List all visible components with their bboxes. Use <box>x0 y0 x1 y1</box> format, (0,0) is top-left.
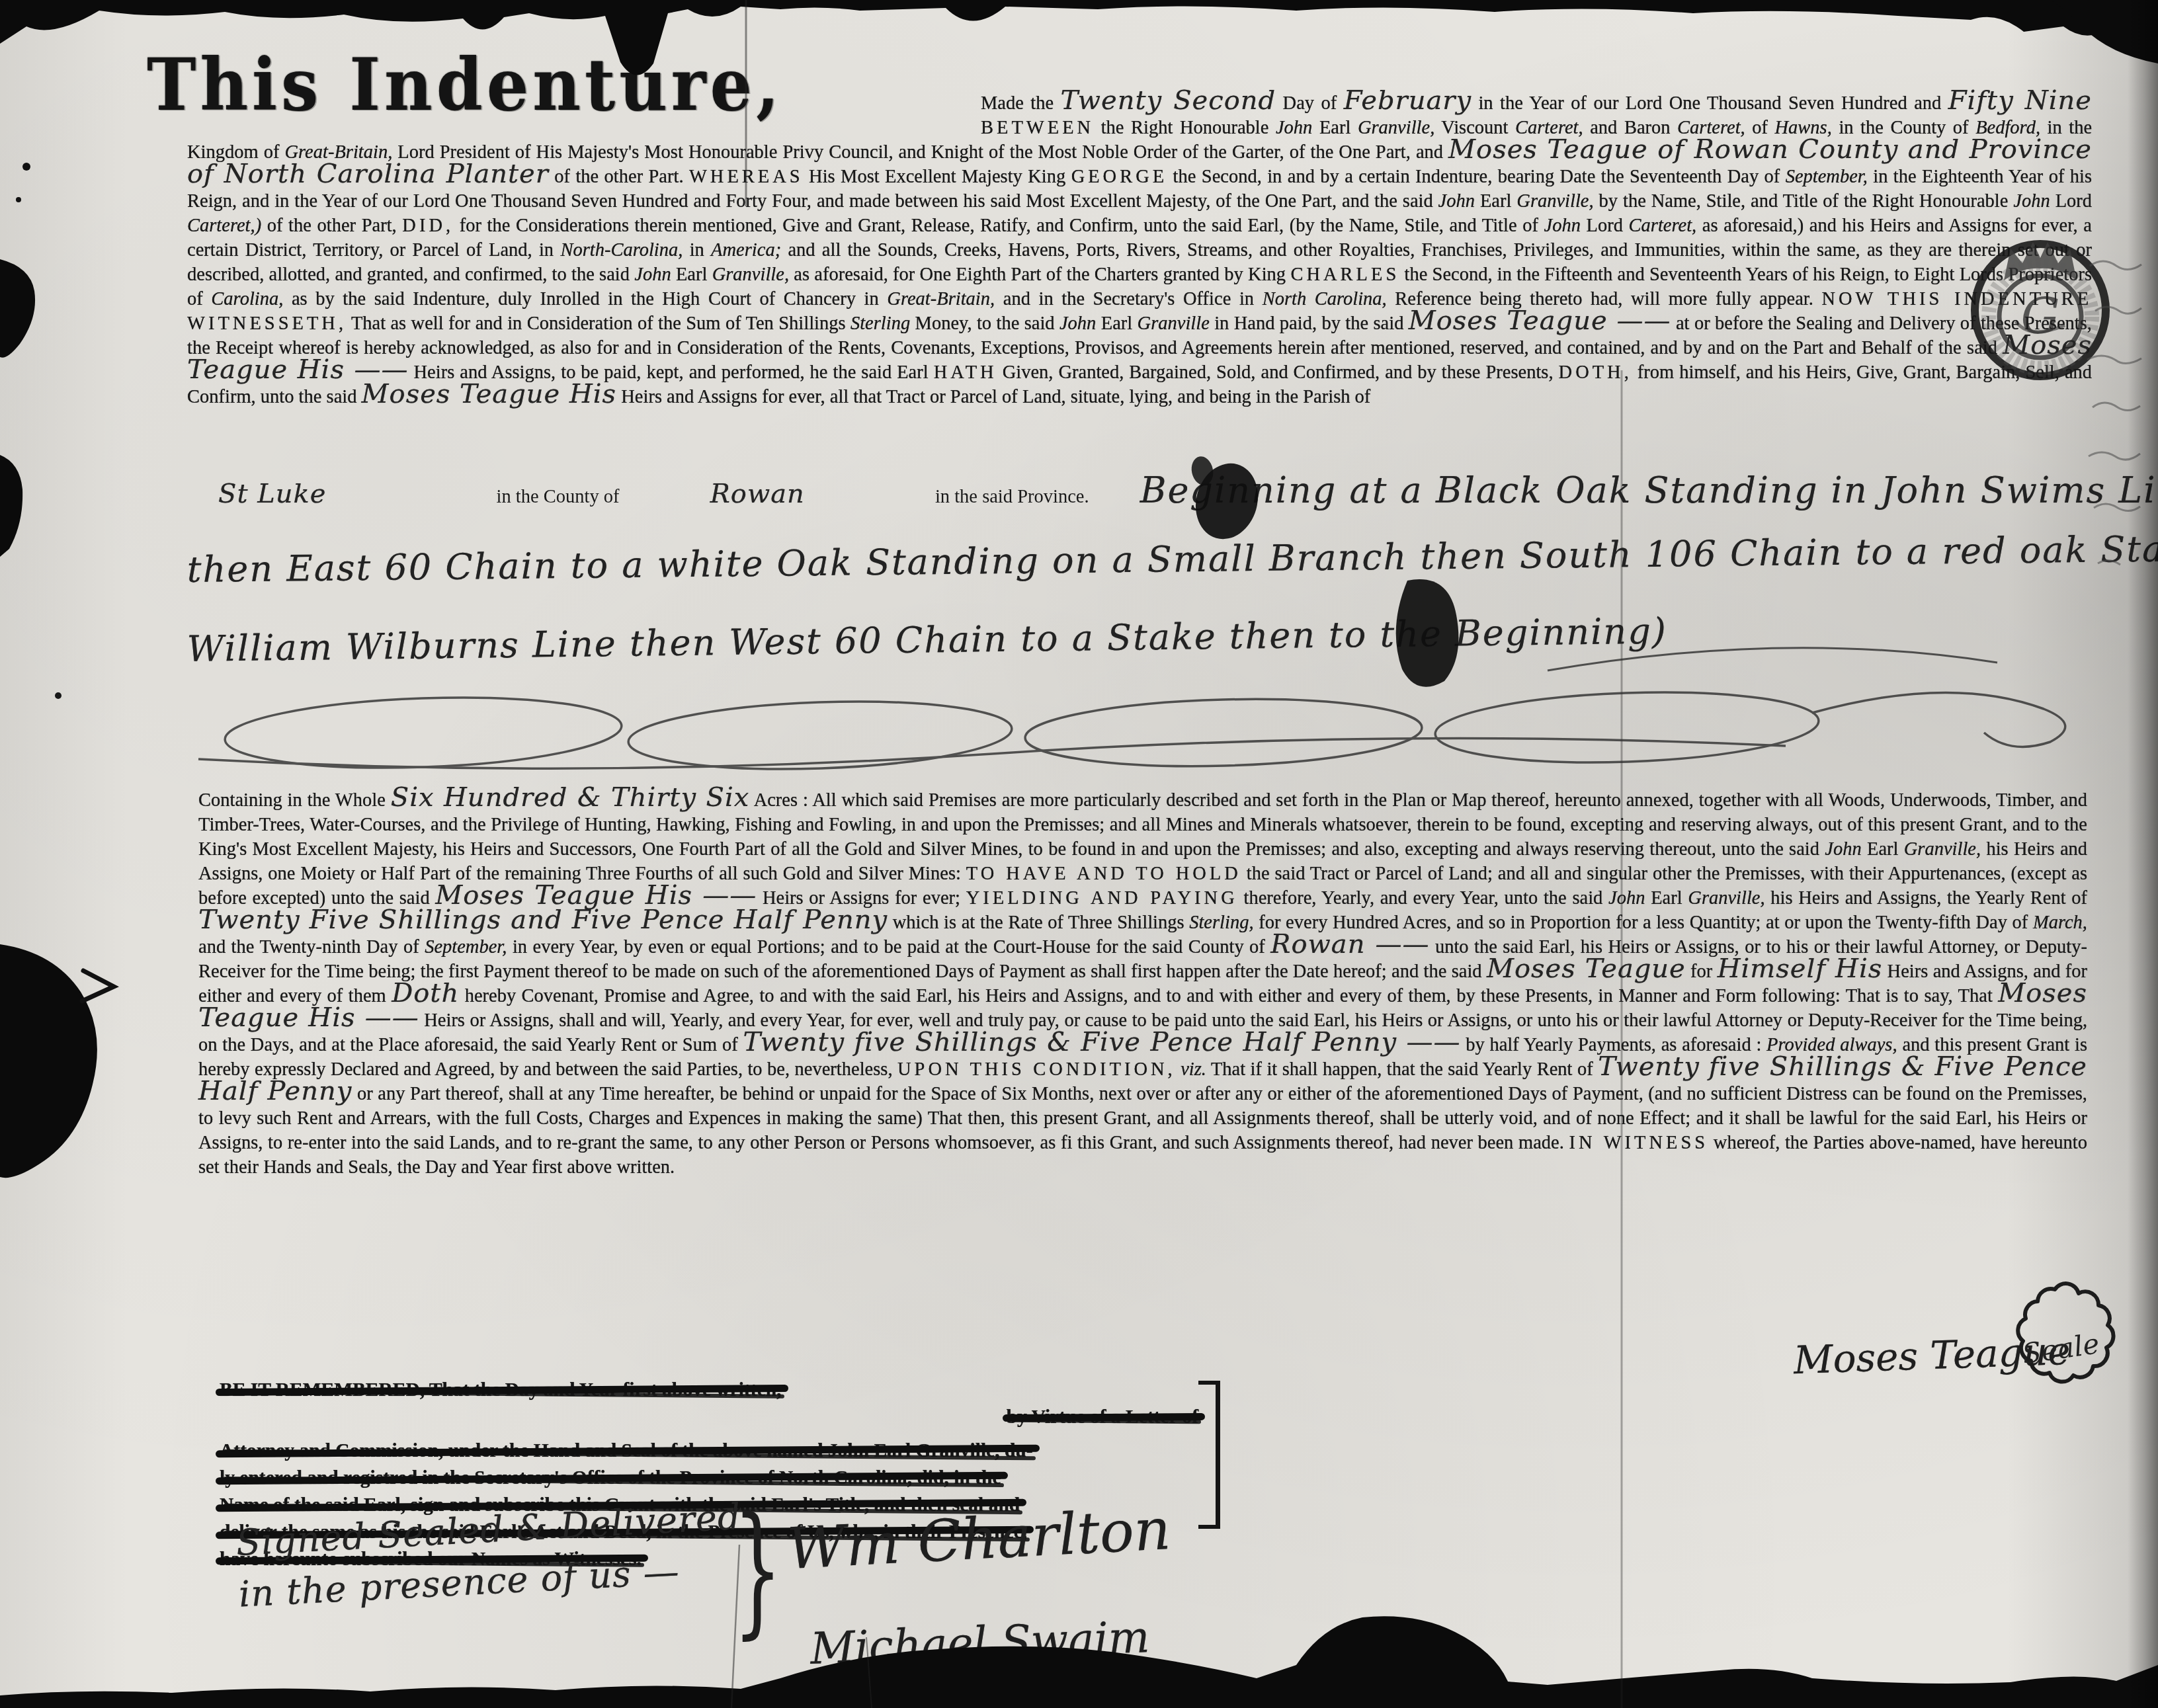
printed-run: John <box>1276 118 1312 138</box>
handwritten-run: Rowan —— <box>1270 929 1429 959</box>
printed-run: BETWEEN <box>981 118 1094 138</box>
printed-run: which is at the Rate of Three Shillings <box>893 913 1184 933</box>
handwritten-run: Six Hundred & Thirty Six <box>391 782 750 813</box>
embossed-stamp: G <box>1970 222 2114 384</box>
printed-run: September, <box>1786 167 1868 187</box>
struck-line: by Virtue of a Letter of <box>1007 1404 1198 1431</box>
printed-run: viz. <box>1181 1059 1206 1080</box>
flourish-swashes <box>198 648 2065 775</box>
printed-run: Earl <box>1101 313 1132 334</box>
printed-run: Lord President of His Majesty's Most Hon… <box>397 142 1443 163</box>
deed-sheet: This Indenture, Made the Twenty Second D… <box>0 0 2158 1708</box>
handwritten-run: Twenty Five Shillings and Five Pence Hal… <box>198 905 888 935</box>
printed-run: the Right Honourable <box>1101 118 1269 138</box>
struck-line: ly entered and registred in the Secretar… <box>220 1465 1001 1492</box>
page-edge-shadow <box>2128 0 2158 1708</box>
seal-label: Seale <box>2020 1327 2102 1370</box>
printed-run: in the Year of our Lord One Thousand Sev… <box>1478 93 1941 114</box>
printed-run: North Carolina, <box>1263 289 1387 309</box>
struck-line: Attorney and Commission, under the Hand … <box>220 1438 1033 1465</box>
printed-run: Earl <box>676 264 707 285</box>
printed-run: Granville <box>1138 313 1210 334</box>
printed-run: March, <box>2033 913 2087 933</box>
handwritten-run: Moses Teague His <box>362 379 617 409</box>
handwritten-run: Moses Teague <box>1487 954 1686 984</box>
handwritten-run: William Wilburns Line then West 60 Chain… <box>187 610 1668 670</box>
printed-run: Carteret, <box>1629 216 1697 236</box>
printed-run: in <box>690 240 704 261</box>
printed-run: Money, to the said <box>915 313 1055 334</box>
printed-run: John <box>1059 313 1096 334</box>
printed-run: Made the <box>981 93 1054 114</box>
printed-run: for the Considerations therein mentioned… <box>460 216 1538 236</box>
printed-run: Heirs and Assigns for ever, all that Tra… <box>621 387 1370 407</box>
parish-county-line: St Luke in the County of Rowan in the sa… <box>198 484 2158 508</box>
printed-run: therefore, Yearly, and every Year, unto … <box>1243 888 1602 909</box>
opening-clause: Made the Twenty Second Day of February i… <box>187 91 2092 409</box>
printed-run: John <box>1544 216 1581 236</box>
printed-run: Earl <box>1480 191 1511 212</box>
printed-run: John <box>634 264 671 285</box>
granville-seal-stamp-icon: G <box>1970 222 2114 384</box>
printed-run: Carolina, <box>211 289 283 309</box>
printed-run: DID, <box>402 216 454 236</box>
handwritten-run: Fifty Nine <box>1948 85 2092 116</box>
printed-run: as aforesaid, for One Eighth Part of the… <box>794 264 1286 285</box>
metes-bounds-line-1: then East 60 Chain to a white Oak Standi… <box>187 541 2158 587</box>
stamp-monogram: G <box>2020 288 2059 345</box>
printed-run: John <box>2013 191 2050 212</box>
printed-run: America; <box>711 240 781 261</box>
printed-run: Lord <box>1587 216 1623 236</box>
printed-run: CHARLES <box>1290 264 1399 285</box>
printed-run: Sterling, <box>1189 913 1253 933</box>
printed-run: as by the said Indenture, duly Inrolled … <box>292 289 879 309</box>
printed-run: Great-Britain, <box>887 289 995 309</box>
printed-run: Granville, <box>1358 118 1434 138</box>
printed-run: in the County of <box>497 487 620 507</box>
printed-run: Earl <box>1867 839 1898 860</box>
printed-run: TO HAVE AND TO HOLD <box>966 864 1241 884</box>
printed-run: HATH <box>934 362 997 383</box>
handwritten-run: then East 60 Chain to a white Oak Standi… <box>187 526 2158 590</box>
printed-run: Granville, <box>712 264 789 285</box>
printed-run: Day of <box>1283 93 1337 114</box>
printed-run: Given, Granted, Bargained, Sold, and Con… <box>1003 362 1554 383</box>
grantee-seal: Seale <box>1992 1278 2134 1420</box>
handwritten-run: Moses Teague —— <box>1409 305 1671 336</box>
printed-run: YIELDING AND PAYING <box>966 888 1238 909</box>
printed-run: That if it shall happen, that the said Y… <box>1211 1059 1593 1080</box>
habendum-clause: Containing in the Whole Six Hundred & Th… <box>198 788 2087 1180</box>
printed-run: Earl <box>1319 118 1350 138</box>
handwritten-run: Rowan <box>710 479 805 509</box>
witness-brace-icon: } <box>733 1498 782 1641</box>
printed-run: Earl <box>1651 888 1682 909</box>
printed-run: That as well for and in Consideration of… <box>351 313 846 334</box>
handwritten-run: Twenty five Shillings & Five Pence Half … <box>743 1027 1460 1057</box>
printed-run: the Second, in and by a certain Indentur… <box>1173 167 1780 187</box>
metes-bounds-line-2: William Wilburns Line then West 60 Chain… <box>187 625 1667 667</box>
printed-run: of the other Part. <box>554 167 683 187</box>
printed-run: John <box>1438 191 1475 212</box>
handwritten-run: February <box>1344 85 1472 116</box>
printed-run: North-Carolina, <box>560 240 683 261</box>
printed-run: Containing in the Whole <box>198 790 386 811</box>
printed-run: by the Name, Stile, and Title of the Rig… <box>1599 191 2009 212</box>
printed-run: September, <box>425 937 507 957</box>
seal-scallop-icon: Seale <box>1992 1278 2134 1420</box>
witness-signature-swaim: Michael Swaim <box>809 1611 1151 1674</box>
attestation-bracket-icon <box>1198 1381 1220 1529</box>
printed-run: for <box>1690 961 1712 982</box>
title-spacer <box>187 91 981 119</box>
printed-run: hereby Covenant, Promise and Agree, to a… <box>465 986 1993 1006</box>
handwritten-run: Beginning at a Black Oak Standing in Joh… <box>1140 469 2158 511</box>
handwritten-run: St Luke <box>218 479 326 509</box>
printed-run: Granville, <box>1516 191 1593 212</box>
printed-run: and the Twenty-ninth Day of <box>198 937 419 957</box>
printed-run: UPON THIS CONDITION, <box>897 1059 1176 1080</box>
printed-run: in the said Province. <box>935 487 1089 507</box>
printed-run: Sterling <box>851 313 910 334</box>
printed-run: IN WITNESS <box>1569 1133 1708 1153</box>
struck-line: BE IT REMEMBERED, That the Day and Year … <box>220 1377 782 1404</box>
printed-run: John <box>1825 839 1861 860</box>
printed-run: Granville, <box>1688 888 1764 909</box>
printed-run: Granville, <box>1904 839 1981 860</box>
printed-run: and in the Secretary's Office in <box>1003 289 1254 309</box>
printed-run: Lord <box>2055 191 2092 212</box>
printed-run: of the other Part, <box>267 216 397 236</box>
printed-run: John <box>1608 888 1645 909</box>
printed-run: WHEREAS <box>689 167 804 187</box>
printed-run: his Heirs and Assigns, the Yearly Rent o… <box>1770 888 2087 909</box>
printed-run: GEORGE <box>1071 167 1168 187</box>
printed-run: in Hand paid, by the said <box>1214 313 1403 334</box>
handwritten-run: Himself His <box>1718 954 1883 984</box>
handwritten-run: Twenty Second <box>1061 85 1276 116</box>
printed-run: Carteret,) <box>187 216 261 236</box>
printed-run: in every Year, by even or equal Portions… <box>513 937 1265 957</box>
printed-run: His Most Excellent Majesty King <box>809 167 1065 187</box>
printed-run: DOTH, <box>1559 362 1632 383</box>
